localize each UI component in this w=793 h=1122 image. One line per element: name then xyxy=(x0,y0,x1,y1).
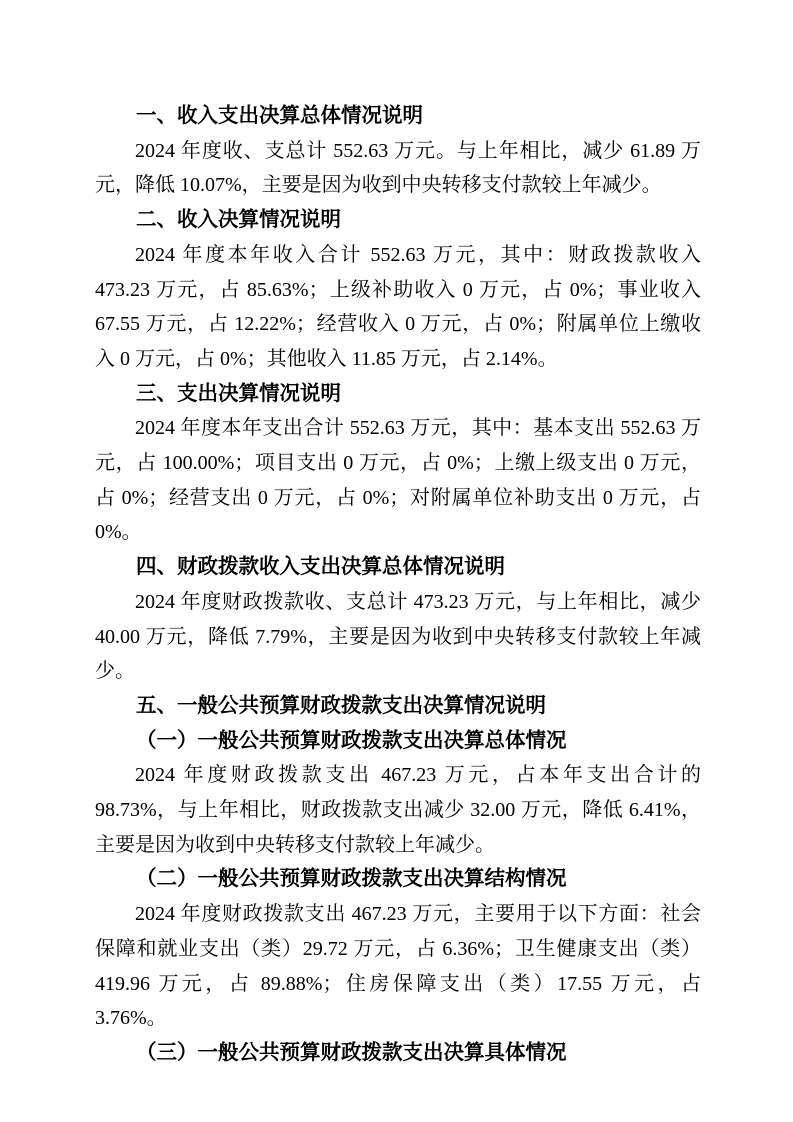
subheading-5-1-overall-situation: （一）一般公共预算财政拨款支出决算总体情况 xyxy=(95,724,701,759)
heading-section-4-fiscal-appropriation-overall: 四、财政拨款收入支出决算总体情况说明 xyxy=(95,550,701,585)
paragraph-section-4: 2024 年度财政拨款收、支总计 473.23 万元，与上年相比，减少 40.0… xyxy=(95,585,701,689)
document-body: 一、收入支出决算总体情况说明 2024 年度收、支总计 552.63 万元。与上… xyxy=(95,99,701,1071)
subheading-5-3-specific-situation: （三）一般公共预算财政拨款支出决算具体情况 xyxy=(95,1036,701,1071)
heading-section-3-expenditure-accounts: 三、支出决算情况说明 xyxy=(95,377,701,412)
heading-section-5-general-public-budget: 五、一般公共预算财政拨款支出决算情况说明 xyxy=(95,689,701,724)
heading-section-2-income-accounts: 二、收入决算情况说明 xyxy=(95,203,701,238)
paragraph-section-3: 2024 年度本年支出合计 552.63 万元，其中：基本支出 552.63 万… xyxy=(95,411,701,550)
paragraph-subsection-5-1: 2024 年度财政拨款支出 467.23 万元，占本年支出合计的 98.73%，… xyxy=(95,758,701,862)
paragraph-subsection-5-2: 2024 年度财政拨款支出 467.23 万元，主要用于以下方面：社会保障和就业… xyxy=(95,897,701,1036)
paragraph-section-1: 2024 年度收、支总计 552.63 万元。与上年相比，减少 61.89 万元… xyxy=(95,134,701,203)
document-page: 一、收入支出决算总体情况说明 2024 年度收、支总计 552.63 万元。与上… xyxy=(0,0,793,1122)
paragraph-section-2: 2024 年度本年收入合计 552.63 万元，其中：财政拨款收入 473.23… xyxy=(95,238,701,377)
heading-section-1-income-expenditure-overall: 一、收入支出决算总体情况说明 xyxy=(95,99,701,134)
subheading-5-2-structure-situation: （二）一般公共预算财政拨款支出决算结构情况 xyxy=(95,862,701,897)
